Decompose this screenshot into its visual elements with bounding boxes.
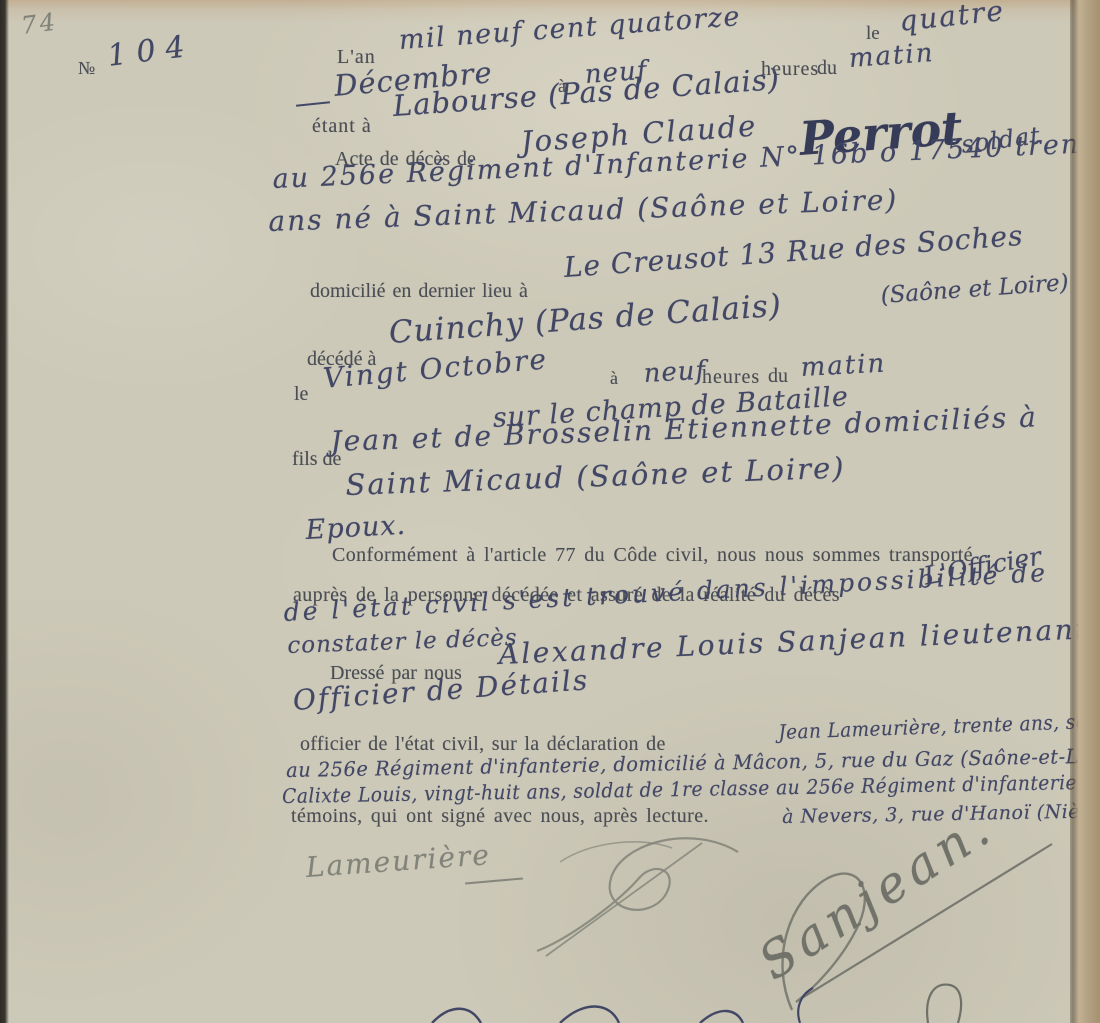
parents-place: Saint Micaud (Saône et Loire) bbox=[345, 454, 846, 500]
domicile-value: Le Creusot 13 Rue des Soches bbox=[563, 222, 1024, 282]
year-handwritten: mil neuf cent quatorze bbox=[398, 3, 742, 54]
declaration-intro: officier de l'état civil, sur la déclara… bbox=[300, 734, 666, 754]
etant-a-label: étant à bbox=[312, 116, 372, 136]
impossibilite-line-handwritten: de l'état civil s'est trouvé dans l'impo… bbox=[283, 560, 1049, 625]
domicile-label: domicilié en dernier lieu à bbox=[310, 281, 528, 301]
le-date-label: le bbox=[294, 384, 308, 404]
book-gutter-edge bbox=[0, 0, 9, 1023]
death-certificate-page: 74 № 104 L'an mil neuf cent quatorze le … bbox=[0, 0, 1100, 1023]
death-hour: neuf bbox=[643, 358, 707, 387]
a-hour2-label: à bbox=[610, 369, 618, 387]
domicile-departement: (Saône et Loire) bbox=[880, 272, 1069, 308]
du-label: du bbox=[817, 58, 837, 78]
day-handwritten: quatre bbox=[898, 0, 1006, 36]
signature-connector-stroke bbox=[465, 877, 523, 884]
lan-label: L'an bbox=[337, 47, 376, 67]
constater-line-handwritten: constater le décès bbox=[287, 627, 518, 658]
death-daypart: matin bbox=[800, 351, 887, 381]
heures2-label: heures bbox=[702, 367, 760, 387]
numero-label: № bbox=[78, 59, 95, 77]
temoins-close: témoins, qui ont signé avec nous, après … bbox=[291, 806, 709, 826]
witness1-details: Jean Lameurière, trente ans, soldat bbox=[778, 710, 1100, 742]
article77-line1: Conformément à l'article 77 du Côde civi… bbox=[332, 545, 973, 565]
birth-line: ans né à Saint Micaud (Saône et Loire) bbox=[268, 186, 899, 236]
du2-label: du bbox=[768, 366, 788, 386]
blank-fill-stroke bbox=[296, 101, 330, 107]
pencil-folio-number: 74 bbox=[20, 10, 59, 38]
officiant-name: Alexandre Louis Sanjean lieutenant bbox=[498, 615, 1090, 669]
officer-signature: Sanjean. bbox=[751, 801, 1002, 988]
marital-status: Epoux. bbox=[305, 512, 407, 544]
page-right-edge bbox=[1070, 0, 1100, 1023]
witness1-signature: Lameurière bbox=[305, 841, 492, 882]
le-day-label: le bbox=[866, 24, 880, 43]
daypart-handwritten: matin bbox=[848, 40, 935, 72]
numero-value: 104 bbox=[106, 31, 196, 71]
